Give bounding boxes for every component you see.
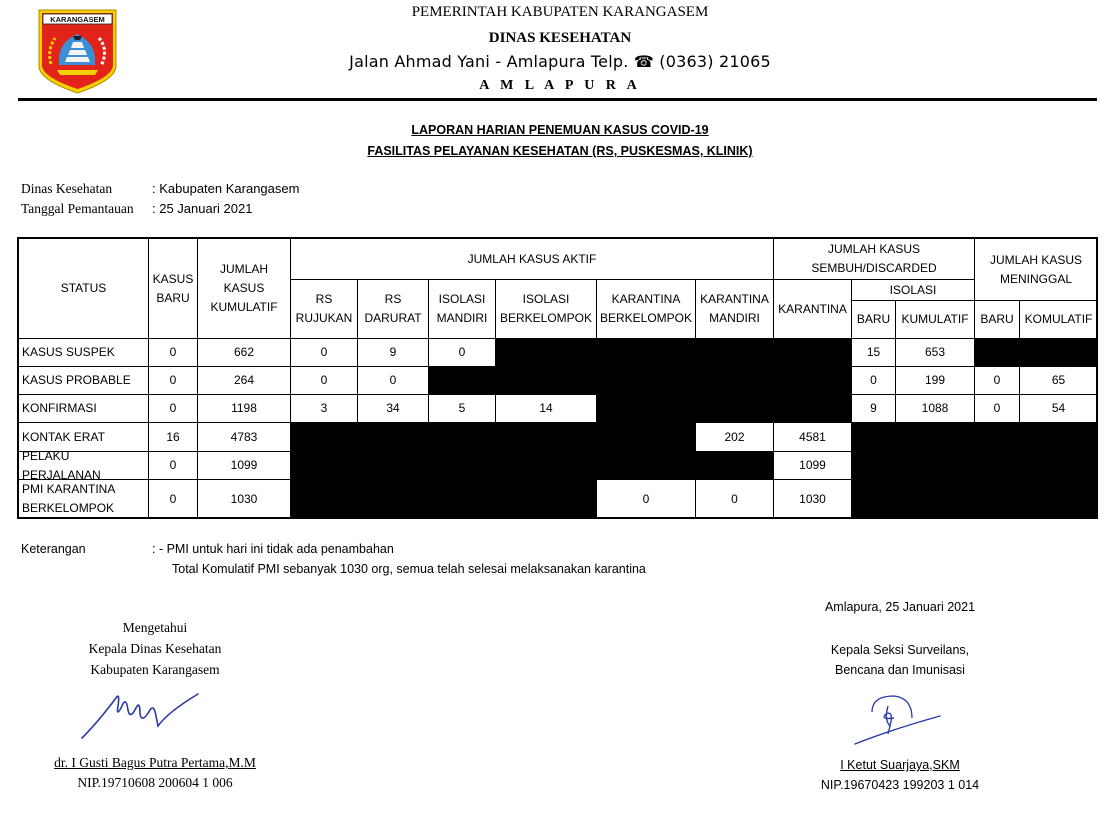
right-signature-scribble bbox=[850, 690, 950, 755]
blank-cell bbox=[851, 451, 1098, 480]
telephone-icon: ☎ bbox=[634, 52, 654, 71]
cell-kumulatif: 1099 bbox=[197, 451, 291, 480]
row-status-label: KASUS PROBABLE bbox=[18, 366, 149, 395]
tanggal-label: Tanggal Pemantauan bbox=[21, 201, 134, 217]
cell-kasus-baru: 0 bbox=[148, 366, 198, 395]
right-sig-line-1: Kepala Seksi Surveilans, bbox=[780, 640, 1020, 660]
cell-karantina: 1099 bbox=[773, 451, 852, 480]
header-sembuh-group: JUMLAH KASUS SEMBUH/DISCARDED bbox=[773, 238, 975, 280]
cell-rs-darurat: 0 bbox=[357, 366, 429, 395]
cell-meninggal-kumulatif: 54 bbox=[1019, 394, 1098, 423]
cell-kumulatif: 264 bbox=[197, 366, 291, 395]
cell-rs-rujukan: 3 bbox=[290, 394, 358, 423]
notes-line-2: Total Komulatif PMI sebanyak 1030 org, s… bbox=[172, 562, 646, 576]
cell-rs-darurat: 34 bbox=[357, 394, 429, 423]
letterhead-government: PEMERINTAH KABUPATEN KARANGASEM bbox=[300, 4, 820, 21]
blank-cell bbox=[596, 394, 852, 423]
header-meninggal-kumulatif: KOMULATIF bbox=[1019, 300, 1098, 339]
cell-kumulatif: 662 bbox=[197, 338, 291, 367]
left-signature-block: Mengetahui Kepala Dinas Kesehatan Kabupa… bbox=[40, 617, 270, 680]
cell-isolasi-mandiri: 5 bbox=[428, 394, 496, 423]
dinas-value: : Kabupaten Karangasem bbox=[152, 181, 299, 196]
cell-kumulatif: 1198 bbox=[197, 394, 291, 423]
right-signatory-name: I Ketut Suarjaya,SKM bbox=[780, 758, 1020, 772]
letterhead-address: Jalan Ahmad Yani - Amlapura Telp. ☎ (036… bbox=[300, 52, 820, 71]
header-kasus-baru: KASUS BARU bbox=[148, 238, 198, 339]
cell-kumulatif: 1030 bbox=[197, 479, 291, 519]
cell-meninggal-baru: 0 bbox=[974, 366, 1020, 395]
right-sig-line-2: Bencana dan Imunisasi bbox=[780, 660, 1020, 680]
cell-isolasi-mandiri: 0 bbox=[428, 338, 496, 367]
cell-isolasi-kumulatif: 199 bbox=[895, 366, 975, 395]
row-status-label: KASUS SUSPEK bbox=[18, 338, 149, 367]
report-title: LAPORAN HARIAN PENEMUAN KASUS COVID-19 bbox=[300, 123, 820, 137]
header-isolasi-baru: BARU bbox=[851, 300, 896, 339]
cell-kasus-baru: 0 bbox=[148, 451, 198, 480]
cell-kasus-baru: 16 bbox=[148, 422, 198, 452]
cell-isolasi-kumulatif: 1088 bbox=[895, 394, 975, 423]
row-status-label: PMI KARANTINA BERKELOMPOK bbox=[18, 479, 149, 519]
blank-cell bbox=[495, 338, 852, 367]
notes-label: Keterangan bbox=[21, 542, 86, 556]
header-isolasi-mandiri: ISOLASI MANDIRI bbox=[428, 279, 496, 339]
blank-cell bbox=[851, 422, 1098, 452]
header-jumlah-kumulatif: JUMLAH KASUS KUMULATIF bbox=[197, 238, 291, 339]
header-status: STATUS bbox=[18, 238, 149, 339]
cell-kumulatif: 4783 bbox=[197, 422, 291, 452]
cell-isolasi-baru: 9 bbox=[851, 394, 896, 423]
svg-text:KARANGASEM: KARANGASEM bbox=[50, 15, 105, 24]
header-meninggal-group: JUMLAH KASUS MENINGGAL bbox=[974, 238, 1098, 301]
left-signature-scribble bbox=[78, 686, 203, 747]
left-sig-line-3: Kabupaten Karangasem bbox=[40, 659, 270, 680]
header-karantina-mandiri: KARANTINA MANDIRI bbox=[695, 279, 774, 339]
dinas-label: Dinas Kesehatan bbox=[21, 181, 112, 197]
header-karantina: KARANTINA bbox=[773, 279, 852, 339]
cell-karantina-mandiri: 0 bbox=[695, 479, 774, 519]
cell-karantina-berkelompok: 0 bbox=[596, 479, 696, 519]
notes-line-1: : - PMI untuk hari ini tidak ada penamba… bbox=[152, 542, 394, 556]
cell-isolasi-baru: 0 bbox=[851, 366, 896, 395]
blank-cell bbox=[428, 366, 852, 395]
blank-cell bbox=[290, 451, 774, 480]
cell-rs-rujukan: 0 bbox=[290, 338, 358, 367]
letterhead-divider bbox=[18, 98, 1097, 101]
cell-kasus-baru: 0 bbox=[148, 479, 198, 519]
tanggal-value: : 25 Januari 2021 bbox=[152, 201, 252, 216]
cell-isolasi-berkelompok: 14 bbox=[495, 394, 597, 423]
right-signatory-nip: NIP.19670423 199203 1 014 bbox=[780, 778, 1020, 792]
letterhead-agency: DINAS KESEHATAN bbox=[300, 30, 820, 47]
blank-cell bbox=[290, 479, 597, 519]
header-meninggal-baru: BARU bbox=[974, 300, 1020, 339]
header-rs-rujukan: RS RUJUKAN bbox=[290, 279, 358, 339]
left-signatory-name: dr. I Gusti Bagus Putra Pertama,M.M bbox=[40, 755, 270, 771]
left-sig-line-1: Mengetahui bbox=[40, 617, 270, 638]
letterhead-city: A M L A P U R A bbox=[300, 78, 820, 94]
left-signatory-nip: NIP.19710608 200604 1 006 bbox=[40, 775, 270, 791]
karangasem-logo: KARANGASEM bbox=[37, 8, 118, 94]
phone-number: (0363) 21065 bbox=[659, 52, 771, 71]
right-place-date: Amlapura, 25 Januari 2021 bbox=[780, 600, 1020, 614]
header-rs-darurat: RS DARURAT bbox=[357, 279, 429, 339]
blank-cell bbox=[974, 338, 1098, 367]
report-subtitle: FASILITAS PELAYANAN KESEHATAN (RS, PUSKE… bbox=[300, 144, 820, 158]
header-isolasi: ISOLASI bbox=[851, 279, 975, 301]
cell-rs-darurat: 9 bbox=[357, 338, 429, 367]
blank-cell bbox=[290, 422, 696, 452]
cell-meninggal-baru: 0 bbox=[974, 394, 1020, 423]
cell-isolasi-baru: 15 bbox=[851, 338, 896, 367]
header-isolasi-kumulatif: KUMULATIF bbox=[895, 300, 975, 339]
left-sig-line-2: Kepala Dinas Kesehatan bbox=[40, 638, 270, 659]
cell-isolasi-kumulatif: 653 bbox=[895, 338, 975, 367]
right-signature-block: Kepala Seksi Surveilans, Bencana dan Imu… bbox=[780, 640, 1020, 680]
header-isolasi-berkelompok: ISOLASI BERKELOMPOK bbox=[495, 279, 597, 339]
blank-cell bbox=[851, 479, 1098, 519]
row-status-label: PELAKU PERJALANAN bbox=[18, 451, 149, 480]
header-karantina-berkelompok: KARANTINA BERKELOMPOK bbox=[596, 279, 696, 339]
cell-meninggal-kumulatif: 65 bbox=[1019, 366, 1098, 395]
cell-karantina: 1030 bbox=[773, 479, 852, 519]
cell-rs-rujukan: 0 bbox=[290, 366, 358, 395]
cell-karantina-mandiri: 202 bbox=[695, 422, 774, 452]
row-status-label: KONFIRMASI bbox=[18, 394, 149, 423]
address-text: Jalan Ahmad Yani - Amlapura Telp. bbox=[349, 52, 628, 71]
cell-kasus-baru: 0 bbox=[148, 338, 198, 367]
cell-karantina: 4581 bbox=[773, 422, 852, 452]
cell-kasus-baru: 0 bbox=[148, 394, 198, 423]
header-kasus-aktif-group: JUMLAH KASUS AKTIF bbox=[290, 238, 774, 280]
